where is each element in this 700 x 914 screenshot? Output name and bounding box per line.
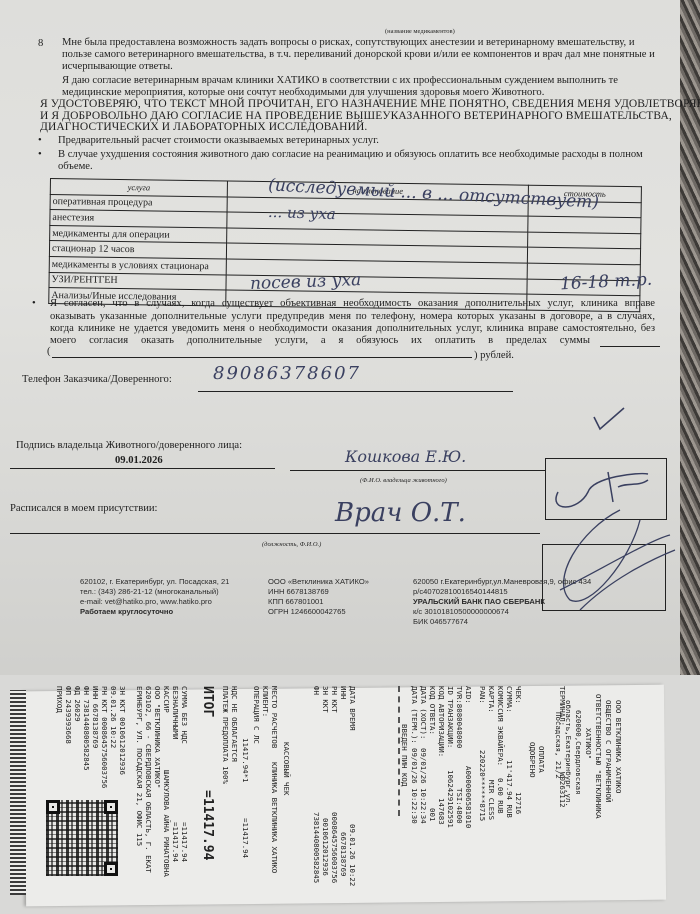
resp-label: КОД ОТВЕТА:: [428, 686, 437, 735]
term-date-value: 09/01/26 10:22:30: [410, 748, 419, 824]
owner-name-caption: (Ф.И.О. владельца животного): [360, 474, 447, 487]
fn-label: ФН: [312, 686, 321, 695]
zn-value: 0010612012936: [321, 818, 330, 876]
fee-label: КОМИССИЯ ЭКВАЙЕРА:: [496, 686, 505, 766]
aid-label: AID:: [464, 686, 473, 704]
footer-inn: ИНН 6678138769: [268, 587, 369, 597]
pan-value: 220220******8715: [478, 750, 487, 821]
footer-address: 620102, г. Екатеринбург, ул. Посадская, …: [80, 577, 229, 617]
place-value: КЛИНИКА ВЕТКЛИНИКА ХАТИКО: [270, 762, 279, 873]
tsi-value: TSI:4800: [455, 788, 464, 824]
fn-value: 7381440800582845: [312, 812, 321, 883]
auth-label: КОД АВТОРИЗАЦИИ:: [437, 686, 446, 757]
receipt-terminal-header-5: 620000,Свердловская: [574, 710, 583, 795]
footer-corr-account: к/с 30101810500000000674: [413, 607, 591, 617]
sum-label: СУММА:: [505, 686, 514, 713]
fn-repeat: ФН 7381440800582845: [82, 686, 91, 771]
txn-value: 1062429102591: [446, 770, 455, 828]
approval-status: ОДОБРЕНО: [528, 742, 537, 778]
footer-company: ООО «Ветклиника ХАТИКО» ИНН 6678138769 К…: [268, 577, 369, 617]
cashier-value: ШАМКУЛОВА АЙНА РИНАТОВНА: [162, 770, 171, 877]
para-additional-line-1: Я согласен, что в случаях, когда существ…: [50, 297, 655, 310]
owner-date: 09.01.2026: [115, 454, 163, 467]
fp-number: ФП 2439393668: [64, 686, 73, 744]
owner-name-line: [290, 470, 545, 471]
witness-label: Расписался в моем присутствии:: [10, 502, 157, 515]
fee-value: 0.00 RUB: [496, 778, 505, 814]
witness-line: [10, 533, 540, 534]
qr-code-icon: [46, 800, 118, 876]
rn-label: РН ККТ: [330, 686, 339, 713]
fiscal-title: КАССОВЫЙ ЧЕК: [282, 742, 291, 795]
phone-label: Телефон Заказчика/Доверенного:: [22, 373, 172, 386]
bullet: •: [38, 148, 42, 161]
clause-number: 8: [38, 37, 43, 50]
no-vat-label: СУММА БЕЗ НДС: [180, 686, 189, 744]
qty-total: =11417.94: [241, 818, 250, 858]
host-date-label: ДАТА (ХОСТ):: [419, 686, 428, 739]
bullet-estimate: Предварительный расчет стоимости оказыва…: [58, 134, 379, 147]
open-paren: (: [47, 345, 51, 358]
prepay-note: ПЛАТЕЖ ПРЕДОПЛАТА 100%: [221, 686, 230, 784]
operation: ОПЛАТА: [537, 746, 546, 773]
sum-value: 11'417.94 RUB: [505, 760, 514, 818]
inn-repeat: ИНН 6678138769: [91, 686, 100, 748]
rn-value: 0008645756003756: [330, 812, 339, 883]
para-questions-line-3: исчерпывающие ответы.: [62, 60, 173, 73]
owner-signature-label: Подпись владельца Животного/доверенного …: [16, 439, 242, 452]
card-label: КАРТА:: [487, 686, 496, 713]
bullet: •: [38, 134, 42, 147]
footer-hours-line: Работаем круглосуточно: [80, 607, 229, 617]
footer-bank-name: УРАЛЬСКИЙ БАНК ПАО СБЕРБАНК: [413, 597, 591, 607]
zn-label: ЗН ККТ: [321, 686, 330, 713]
cashless-value: =11417.94: [171, 822, 180, 862]
fd-number: ФД 26029: [73, 686, 82, 722]
cost-cell: [528, 216, 641, 233]
footer-phone-line: тел.: (343) 286-21-12 (многоканальный): [80, 587, 229, 597]
receipt-terminal-header-4: ХАТИКО": [584, 728, 593, 759]
host-date-value: 09/01/26 10:22:34: [419, 748, 428, 824]
cost-cell: [528, 232, 641, 249]
para-additional-line-4: моего согласия оказать дополнительные ус…: [50, 334, 590, 347]
inn-value: 6678138769: [339, 832, 348, 877]
aid-value: A0000006581010: [464, 766, 473, 828]
zn-repeat: ЗН ККТ 0010612012936: [118, 686, 127, 775]
footer-bank: 620050 г.Екатеринбург,ул.Маневровая,9, о…: [413, 577, 591, 627]
bullet-reanimation-line-1: В случае ухудшения состояния животного д…: [58, 148, 643, 161]
check-value: 12716: [514, 792, 523, 814]
witness-caption: (должность, Ф.И.О.): [262, 538, 321, 551]
footer-bank-address: 620050 г.Екатеринбург,ул.Маневровая,9, о…: [413, 577, 591, 587]
footer-bik: БИК 046577674: [413, 617, 591, 627]
client-label: КЛИЕНТ:: [261, 686, 270, 717]
owner-name-handwritten: Кошкова Е.Ю.: [345, 447, 466, 466]
consent-form-page: (название медикаментов) 8 Мне была предо…: [0, 0, 680, 690]
operation-item: ОПЕРАЦИЯ С ЛС: [252, 686, 261, 744]
txn-label: ID ТРАНЗАКЦИИ:: [446, 686, 455, 748]
datetime-value: 09.01.26 10:22: [348, 824, 357, 886]
inn-label: ИНН: [339, 686, 348, 699]
terminal-value: W0263112: [558, 772, 567, 808]
resp-value: 001: [428, 808, 437, 821]
receipt-torn-edge: [10, 690, 26, 895]
handwriting-second-line: ... из уха: [268, 203, 336, 223]
datetime-label: ДАТА ВРЕМЯ: [348, 686, 357, 731]
qty-line: 11417.94*1: [241, 738, 250, 783]
footer-ogrn: ОГРН 1246600042765: [268, 607, 369, 617]
rn-repeat: РН ККТ 0008645756003756: [100, 686, 109, 788]
org-name: ООО "ВЕТКЛИНИКА ХАТИКО": [153, 686, 162, 788]
checkmark-icon: [590, 405, 630, 435]
card-value: MIR CLESS: [487, 780, 496, 820]
bullet: •: [32, 297, 36, 310]
date-line: [10, 468, 275, 469]
date-repeat: 09.01.26 10:22: [109, 686, 118, 748]
footer-kpp: КПП 667801001: [268, 597, 369, 607]
phone-value: 89086378607: [213, 363, 361, 384]
total-label: ИТОГ: [200, 686, 215, 717]
phone-line: [198, 391, 513, 392]
cashless-label: БЕЗНАЛИЧНЫМИ: [171, 686, 180, 739]
footer-email-line: e-mail: vet@hatiko.pro, www.hatiko.pro: [80, 597, 229, 607]
terminal-label: ТЕРМИНАЛ:: [558, 686, 567, 726]
org-address-1: 620102, 66 - СВЕРДЛОВСКАЯ ОБЛАСТЬ, Г. ЕК…: [144, 686, 153, 873]
vat-note: НДС НЕ ОБЛАГАЕТСЯ: [230, 686, 239, 762]
pin-note: ВВЕДЕН ПИН КОД: [400, 724, 409, 786]
sum-field-line: [600, 346, 660, 347]
receipt-separator: [398, 686, 400, 816]
receipt-terminal-header: ООО ВЕТКЛИНИКА ХАТИКО: [614, 700, 623, 793]
org-address-2: ЕРИНБУРГ, УЛ. ПОСАДСКАЯ 21, ОФИС 115: [135, 686, 144, 846]
footer-company-name: ООО «Ветклиника ХАТИКО»: [268, 577, 369, 587]
witness-name-handwritten: Врач О.Т.: [335, 498, 466, 528]
place-label: МЕСТО РАСЧЕТОВ: [270, 686, 279, 748]
footer-account: р/с40702810016540144815: [413, 587, 591, 597]
tvr-label: TVR:8080048000: [455, 686, 464, 748]
caps-line-3: ДИАГНОСТИЧЕСКИХ И ЛАБОРАТОРНЫХ ИССЛЕДОВА…: [40, 121, 367, 134]
cost-cell: [527, 248, 640, 265]
cashier-label: КАССИР: [162, 686, 171, 713]
handwriting-analysis-name: посев из уха: [250, 270, 362, 294]
sum-words-line: [52, 357, 472, 358]
receipt-terminal-header-2: ОБЩЕСТВО С ОГРАНИЧЕННОЙ: [604, 700, 613, 802]
bullet-reanimation-line-2: объеме.: [58, 160, 93, 173]
receipt-terminal-header-3: ОТВЕТСТВЕННОСТЬЮ "ВЕТКЛИНИКА: [594, 694, 603, 819]
no-vat-value: =11417.94: [180, 822, 189, 862]
receipt-sign: ПРИХОД: [55, 686, 64, 713]
rubles-suffix: ) рублей.: [474, 349, 514, 362]
footer-address-line: 620102, г. Екатеринбург, ул. Посадская, …: [80, 577, 229, 587]
auth-value: 147683: [437, 798, 446, 825]
term-date-label: ДАТА (ТЕРМ.):: [410, 686, 419, 744]
check-label: ЧЕК:: [514, 686, 523, 704]
pan-label: PAN:: [478, 686, 487, 704]
total-value: =11417.94: [200, 790, 215, 860]
